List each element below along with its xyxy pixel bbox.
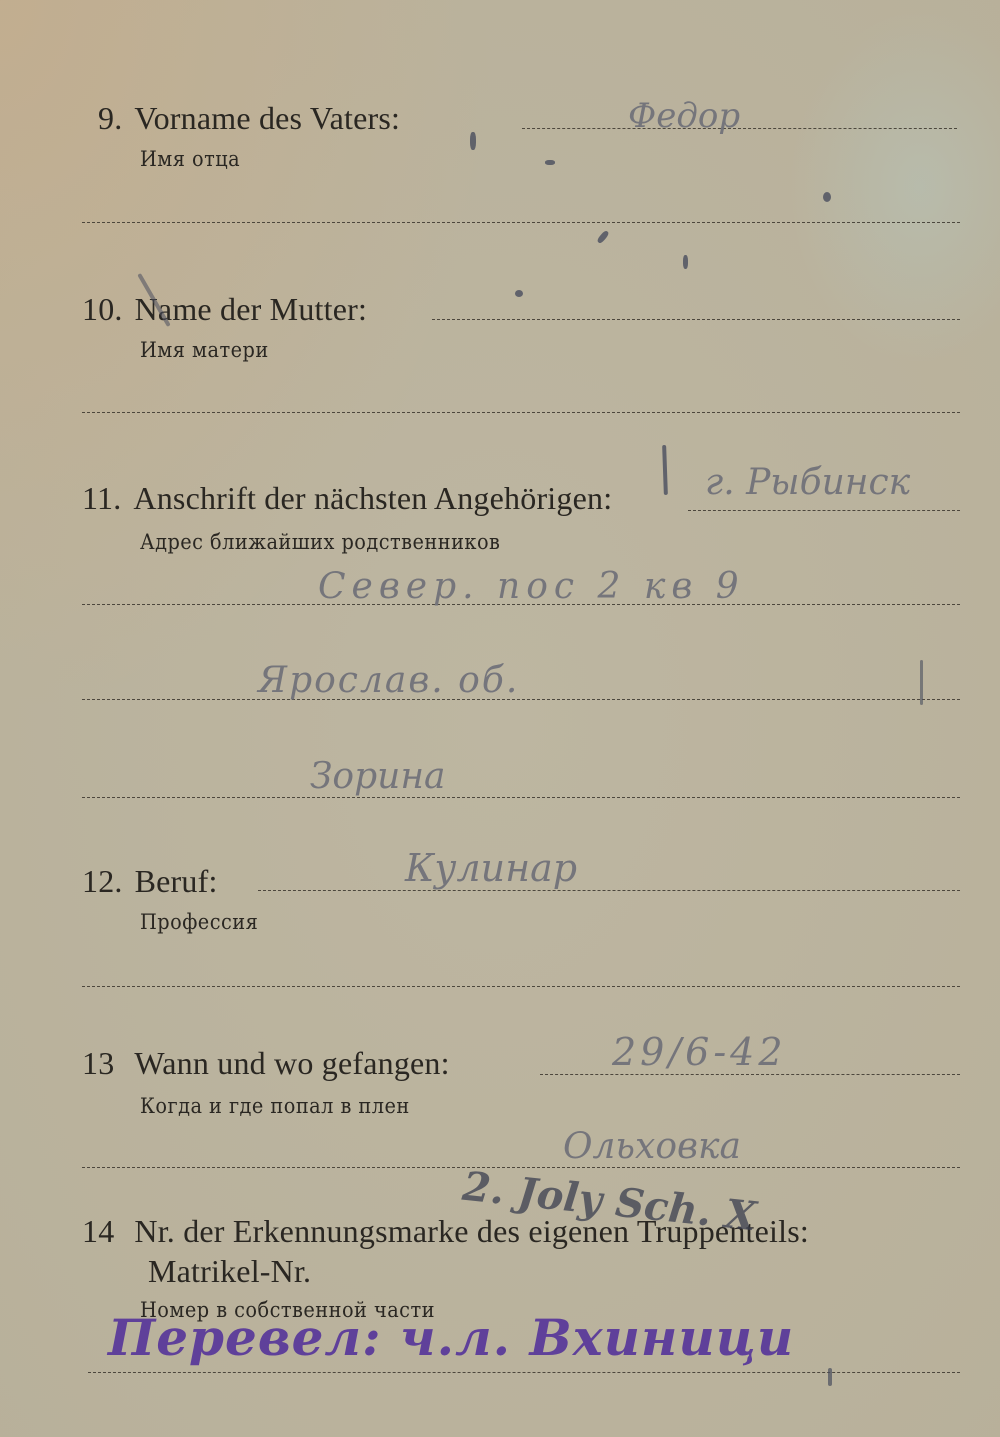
field-11-value-4: Зорина xyxy=(310,756,446,797)
field-10-line xyxy=(432,319,960,320)
ink-stroke xyxy=(920,660,923,705)
field-12-value: Кулинар xyxy=(405,846,577,890)
field-12-label-ru: Профессия xyxy=(140,910,258,934)
field-10-label: 10.Name der Mutter: xyxy=(82,291,367,328)
ink-blot xyxy=(683,255,688,269)
field-13-label-ru: Когда и где попал в плен xyxy=(140,1094,410,1118)
field-13-value-date: 29/6-42 xyxy=(612,1030,787,1074)
ink-blot xyxy=(515,290,523,297)
field-12-line-2 xyxy=(82,986,960,987)
field-11-value-3: Ярослав. об. xyxy=(258,660,519,701)
field-10-label-ru: Имя матери xyxy=(140,338,269,362)
field-10-line-2 xyxy=(82,412,960,413)
ink-blot xyxy=(823,192,831,202)
field-11-line-4 xyxy=(82,797,960,798)
field-11-label-ru: Адрес ближайших родственников xyxy=(140,530,500,554)
field-11-line-3 xyxy=(82,699,960,700)
document-page: 9.Vorname des Vaters: Имя отца Федор 10.… xyxy=(0,0,1000,1437)
field-12-label: 12.Beruf: xyxy=(82,863,218,900)
field-14-value: Перевел: ч.л. Вхиници xyxy=(108,1308,794,1367)
field-9-line-2 xyxy=(82,222,960,223)
field-14-label-de-2: Matrikel-Nr. xyxy=(148,1253,311,1290)
ink-stroke xyxy=(662,445,668,495)
field-12-number: 12. xyxy=(82,863,123,900)
field-11-label-de: Anschrift der nächsten Angehörigen: xyxy=(133,480,612,516)
field-13-value-place: Ольховка xyxy=(563,1126,741,1167)
field-9-label: 9.Vorname des Vaters: xyxy=(98,100,400,137)
field-12-label-de: Beruf: xyxy=(135,863,218,899)
field-11-value-2: Север. пос 2 кв 9 xyxy=(318,566,745,607)
field-10-number: 10. xyxy=(82,291,123,328)
field-12-line xyxy=(258,890,960,891)
field-9-label-ru: Имя отца xyxy=(140,147,240,171)
field-9-number: 9. xyxy=(98,100,122,137)
ink-stroke xyxy=(828,1368,832,1386)
field-13-line xyxy=(540,1074,960,1075)
field-14-number: 14 xyxy=(82,1213,114,1250)
field-10-label-de: Name der Mutter: xyxy=(135,291,367,327)
ink-blot xyxy=(545,160,555,165)
ink-blot xyxy=(470,132,476,150)
field-9-value: Федор xyxy=(628,96,740,136)
ink-blot xyxy=(596,230,610,245)
field-9-label-de: Vorname des Vaters: xyxy=(134,100,400,136)
field-11-number: 11. xyxy=(82,480,121,517)
field-11-value-1: г. Рыбинск xyxy=(705,462,910,503)
field-13-number: 13 xyxy=(82,1045,114,1082)
field-11-line xyxy=(688,510,960,511)
field-13-label: 13Wann und wo gefangen: xyxy=(82,1045,450,1082)
field-13-label-de: Wann und wo gefangen: xyxy=(134,1045,449,1081)
field-11-label: 11.Anschrift der nächsten Angehörigen: xyxy=(82,480,612,517)
